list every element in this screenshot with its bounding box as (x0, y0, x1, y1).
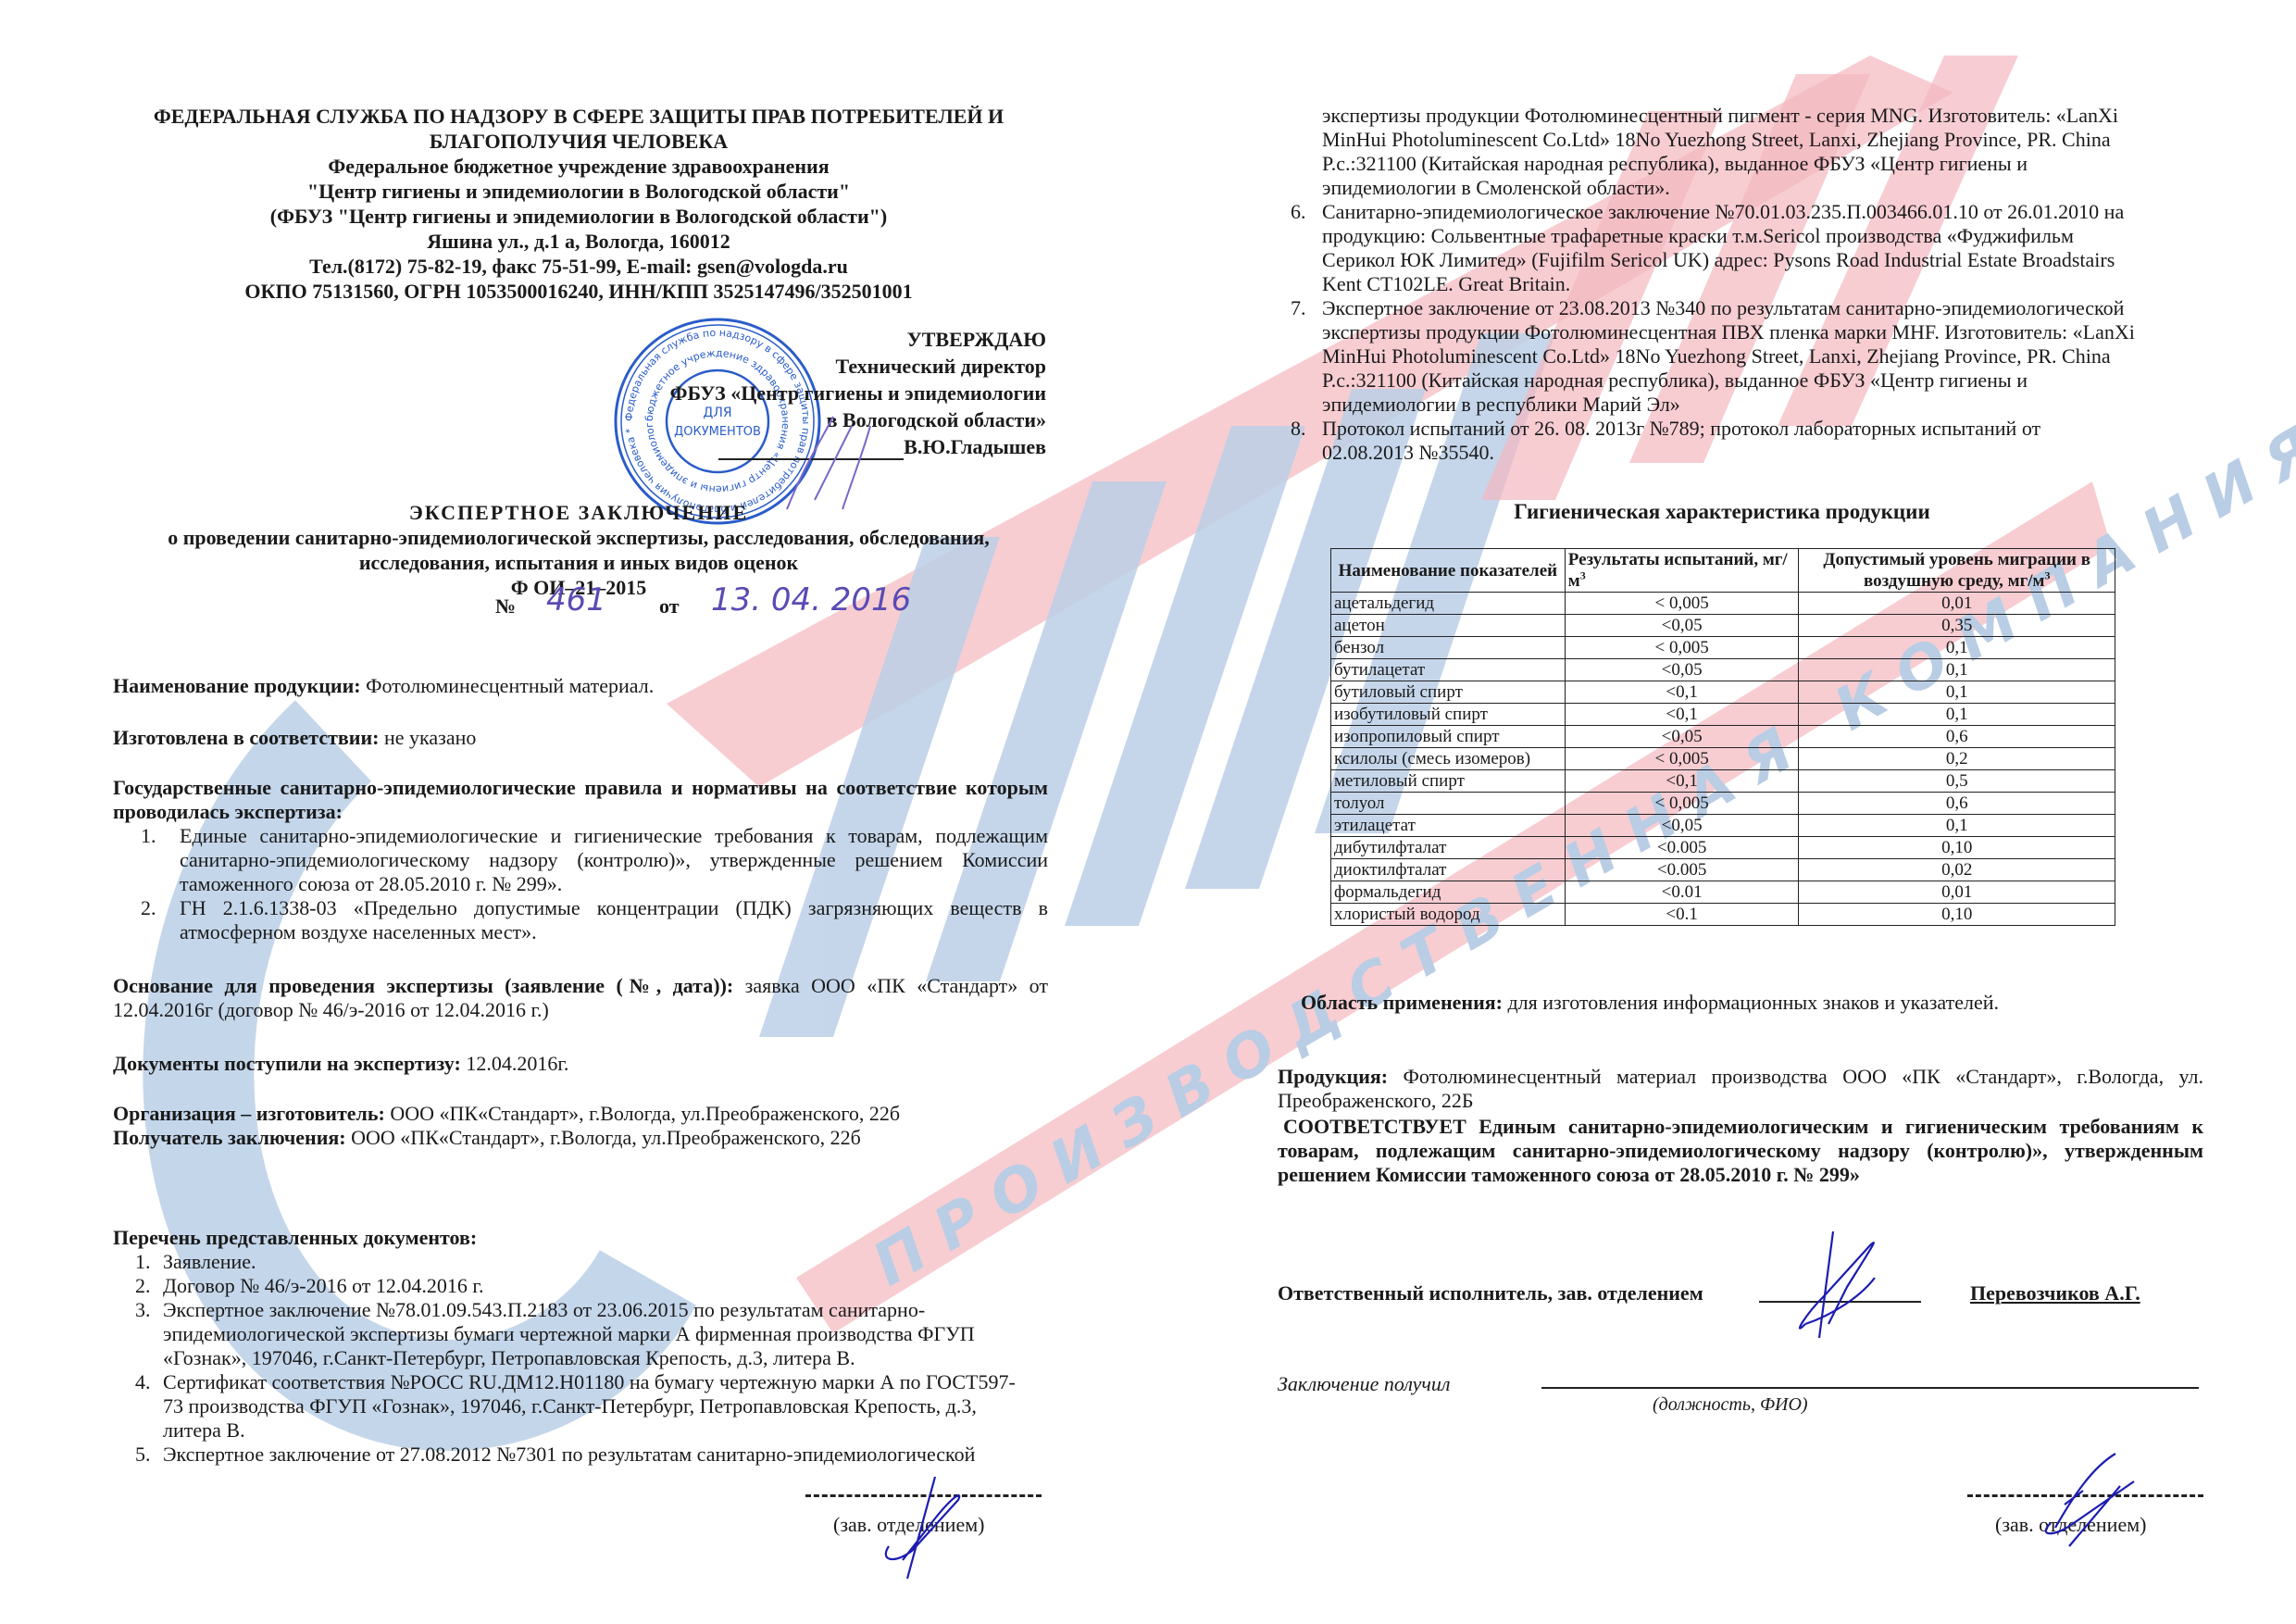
limit-cell: 0,1 (1799, 815, 2115, 837)
received-by-hint: (должность, ФИО) (1653, 1394, 1808, 1416)
document-item: 8.Протокол испытаний от 26. 08. 2013г №7… (1291, 417, 2137, 465)
limit-cell: 0,10 (1799, 837, 2115, 859)
table-header-row: Наименование показателей Результаты испы… (1331, 549, 2115, 593)
result-cell: <0,05 (1565, 815, 1799, 837)
conclusion-verdict: СООТВЕТСТВУЕТ Единым санитарно-эпидемиол… (1278, 1115, 2203, 1187)
result-cell: <0.1 (1565, 904, 1799, 926)
limit-cell: 0,10 (1799, 904, 2115, 926)
documents-list-left: 1.Заявление. 2.Договор № 46/э-2016 от 12… (135, 1250, 1033, 1467)
conclusion-product-field: Продукция: Фотолюминесцентный материал п… (1278, 1065, 2203, 1113)
limit-cell: 0,02 (1799, 859, 2115, 881)
result-cell: < 0,005 (1565, 637, 1799, 659)
result-cell: < 0,005 (1565, 748, 1799, 770)
document-title: ЭКСПЕРТНОЕ ЗАКЛЮЧЕНИЕ (93, 500, 1065, 525)
executor-signature-icon (1778, 1222, 1907, 1343)
limit-cell: 0,6 (1799, 726, 2115, 748)
rule-item: 1.Единые санитарно-эпидемиологические и … (141, 824, 1048, 896)
table-row: изопропиловый спирт<0,050,6 (1331, 726, 2115, 748)
table-row: бензол< 0,0050,1 (1331, 637, 2115, 659)
made-according-field: Изготовлена в соответствии: не указано (113, 726, 1048, 750)
executor-label: Ответственный исполнитель, зав. отделени… (1278, 1281, 1703, 1305)
right-page: экспертизы продукции Фотолюминесцентный … (1148, 0, 2296, 1624)
result-cell: <0,05 (1565, 726, 1799, 748)
substance-cell: метиловый спирт (1331, 770, 1566, 793)
executor-name: Перевозчиков А.Г. (1970, 1281, 2140, 1305)
limit-cell: 0,35 (1799, 615, 2115, 637)
column-header: Результаты испытаний, мг/м3 (1565, 549, 1799, 593)
substance-cell: ксилолы (смесь изомеров) (1331, 748, 1566, 770)
result-cell: <0,05 (1565, 659, 1799, 681)
result-cell: <0,1 (1565, 681, 1799, 704)
hygiene-table: Наименование показателей Результаты испы… (1330, 548, 2115, 926)
substance-cell: ацетальдегид (1331, 593, 1566, 615)
table-row: бутилацетат<0,050,1 (1331, 659, 2115, 681)
table-row: метиловый спирт<0,10,5 (1331, 770, 2115, 793)
table-row: ацетон<0,050,35 (1331, 615, 2115, 637)
substance-cell: изобутиловый спирт (1331, 704, 1566, 726)
document-item-5-continuation: экспертизы продукции Фотолюминесцентный … (1322, 104, 2137, 200)
document-number: 461 (546, 581, 606, 618)
document-date: 13. 04. 2016 (711, 581, 911, 618)
document-item: 7.Экспертное заключение от 23.08.2013 №3… (1291, 296, 2137, 417)
basis-field: Основание для проведения экспертизы (зая… (113, 974, 1048, 1022)
substance-cell: дибутилфталат (1331, 837, 1566, 859)
agency-header: ФЕДЕРАЛЬНАЯ СЛУЖБА ПО НАДЗОРУ В СФЕРЕ ЗА… (93, 104, 1065, 304)
table-row: бутиловый спирт<0,10,1 (1331, 681, 2115, 704)
documents-label: Перечень представленных документов: (113, 1226, 477, 1250)
result-cell: <0,05 (1565, 615, 1799, 637)
footer-signature-icon-right (2028, 1449, 2148, 1551)
limit-cell: 0,1 (1799, 704, 2115, 726)
number-label: № (495, 594, 516, 618)
result-cell: <0,1 (1565, 704, 1799, 726)
result-cell: < 0,005 (1565, 593, 1799, 615)
document-item: 6.Санитарно-эпидемиологическое заключени… (1291, 200, 2137, 296)
limit-cell: 0,2 (1799, 748, 2115, 770)
substance-cell: изопропиловый спирт (1331, 726, 1566, 748)
document-item: 3.Экспертное заключение №78.01.09.543.П.… (135, 1298, 1033, 1370)
result-cell: <0.005 (1565, 837, 1799, 859)
table-row: этилацетат<0,050,1 (1331, 815, 2115, 837)
date-label: от (659, 594, 680, 618)
substance-cell: диоктилфталат (1331, 859, 1566, 881)
column-header: Допустимый уровень миграции в воздушную … (1799, 549, 2115, 593)
document-item: 4.Сертификат соответствия №РОСС RU.ДМ12.… (135, 1370, 1033, 1443)
document-item: 1.Заявление. (135, 1250, 1033, 1274)
table-row: толуол< 0,0050,6 (1331, 793, 2115, 815)
substance-cell: бензол (1331, 637, 1566, 659)
limit-cell: 0,6 (1799, 793, 2115, 815)
result-cell: <0.005 (1565, 859, 1799, 881)
substance-cell: толуол (1331, 793, 1566, 815)
limit-cell: 0,5 (1799, 770, 2115, 793)
rules-label: Государственные санитарно-эпидемиологиче… (113, 776, 1048, 824)
document-item: 2.Договор № 46/э-2016 от 12.04.2016 г. (135, 1274, 1033, 1298)
received-by-label: Заключение получил (1278, 1372, 1450, 1396)
limit-cell: 0,1 (1799, 659, 2115, 681)
scope-field: Область применения: для изготовления инф… (1301, 991, 2115, 1015)
substance-cell: этилацетат (1331, 815, 1566, 837)
rule-item: 2.ГН 2.1.6.1338-03 «Предельно допустимые… (141, 896, 1048, 944)
limit-cell: 0,01 (1799, 593, 2115, 615)
rules-list: 1.Единые санитарно-эпидемиологические и … (141, 824, 1048, 944)
result-cell: <0.01 (1565, 881, 1799, 904)
footer-signature-icon-left (870, 1472, 972, 1583)
documents-list-right: 6.Санитарно-эпидемиологическое заключени… (1291, 200, 2137, 465)
product-name-field: Наименование продукции: Фотолюминесцентн… (113, 674, 1048, 698)
received-by-line[interactable] (1541, 1387, 2199, 1389)
substance-cell: формальдегид (1331, 881, 1566, 904)
table-row: хлористый водород<0.10,10 (1331, 904, 2115, 926)
limit-cell: 0,1 (1799, 637, 2115, 659)
table-row: диоктилфталат<0.0050,02 (1331, 859, 2115, 881)
table-row: ксилолы (смесь изомеров)< 0,0050,2 (1331, 748, 2115, 770)
result-cell: < 0,005 (1565, 793, 1799, 815)
received-field: Документы поступили на экспертизу: 12.04… (113, 1052, 1048, 1076)
table-row: дибутилфталат<0.0050,10 (1331, 837, 2115, 859)
column-header: Наименование показателей (1331, 549, 1566, 593)
substance-cell: хлористый водород (1331, 904, 1566, 926)
table-row: формальдегид<0.010,01 (1331, 881, 2115, 904)
manufacturer-field: Организация – изготовитель: ООО «ПК«Стан… (113, 1102, 1085, 1126)
left-page: ФЕДЕРАЛЬНАЯ СЛУЖБА ПО НАДЗОРУ В СФЕРЕ ЗА… (0, 0, 1148, 1624)
table-row: ацетальдегид< 0,0050,01 (1331, 593, 2115, 615)
limit-cell: 0,01 (1799, 881, 2115, 904)
table-row: изобутиловый спирт<0,10,1 (1331, 704, 2115, 726)
recipient-field: Получатель заключения: ООО «ПК«Стандарт»… (113, 1126, 1085, 1150)
hygiene-table-body: ацетальдегид< 0,0050,01ацетон<0,050,35бе… (1331, 593, 2115, 926)
substance-cell: бутилацетат (1331, 659, 1566, 681)
result-cell: <0,1 (1565, 770, 1799, 793)
substance-cell: ацетон (1331, 615, 1566, 637)
hygiene-title: Гигиеническая характеристика продукции (1333, 500, 2111, 524)
limit-cell: 0,1 (1799, 681, 2115, 704)
substance-cell: бутиловый спирт (1331, 681, 1566, 704)
document-item: 5.Экспертное заключение от 27.08.2012 №7… (135, 1443, 1033, 1467)
